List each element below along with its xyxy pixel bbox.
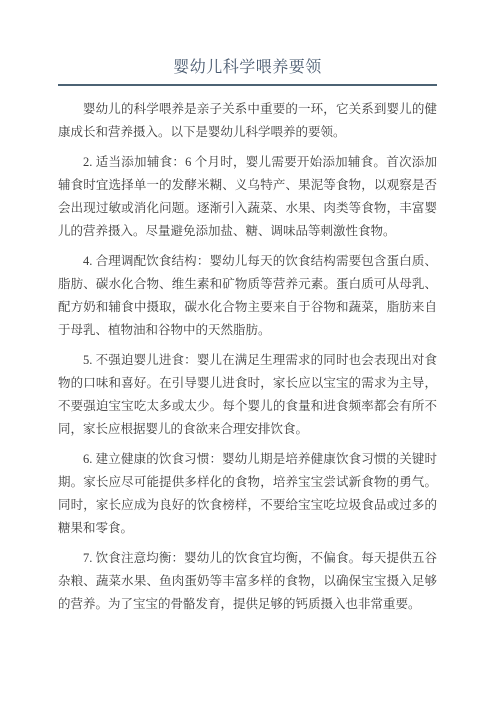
document-page: 婴幼儿科学喂养要领 婴幼儿的科学喂养是亲子关系中重要的一环，它关系到婴儿的健康成…: [0, 0, 496, 702]
body-paragraph-item-6: 6. 建立健康的饮食习惯：婴幼儿期是培养健康饮食习惯的关键时期。家长应尽可能提供…: [58, 448, 437, 540]
body-paragraph-item-2: 2. 适当添加辅食：6 个月时，婴儿需要开始添加辅食。首次添加辅食时宜选择单一的…: [58, 151, 437, 243]
body-paragraph-item-5: 5. 不强迫婴儿进食：婴儿在满足生理需求的同时也会表现出对食物的口味和喜好。在引…: [58, 349, 437, 441]
body-paragraph-item-7: 7. 饮食注意均衡：婴幼儿的饮食宜均衡，不偏食。每天提供五谷杂粮、蔬菜水果、鱼肉…: [58, 547, 437, 616]
document-body: 婴幼儿的科学喂养是亲子关系中重要的一环，它关系到婴儿的健康成长和营养摄入。以下是…: [58, 98, 437, 616]
page-title: 婴幼儿科学喂养要领: [58, 56, 437, 84]
intro-paragraph: 婴幼儿的科学喂养是亲子关系中重要的一环，它关系到婴儿的健康成长和营养摄入。以下是…: [58, 98, 437, 144]
body-paragraph-item-4: 4. 合理调配饮食结构：婴幼儿每天的饮食结构需要包含蛋白质、脂肪、碳水化合物、维…: [58, 250, 437, 342]
title-divider: [58, 84, 437, 86]
